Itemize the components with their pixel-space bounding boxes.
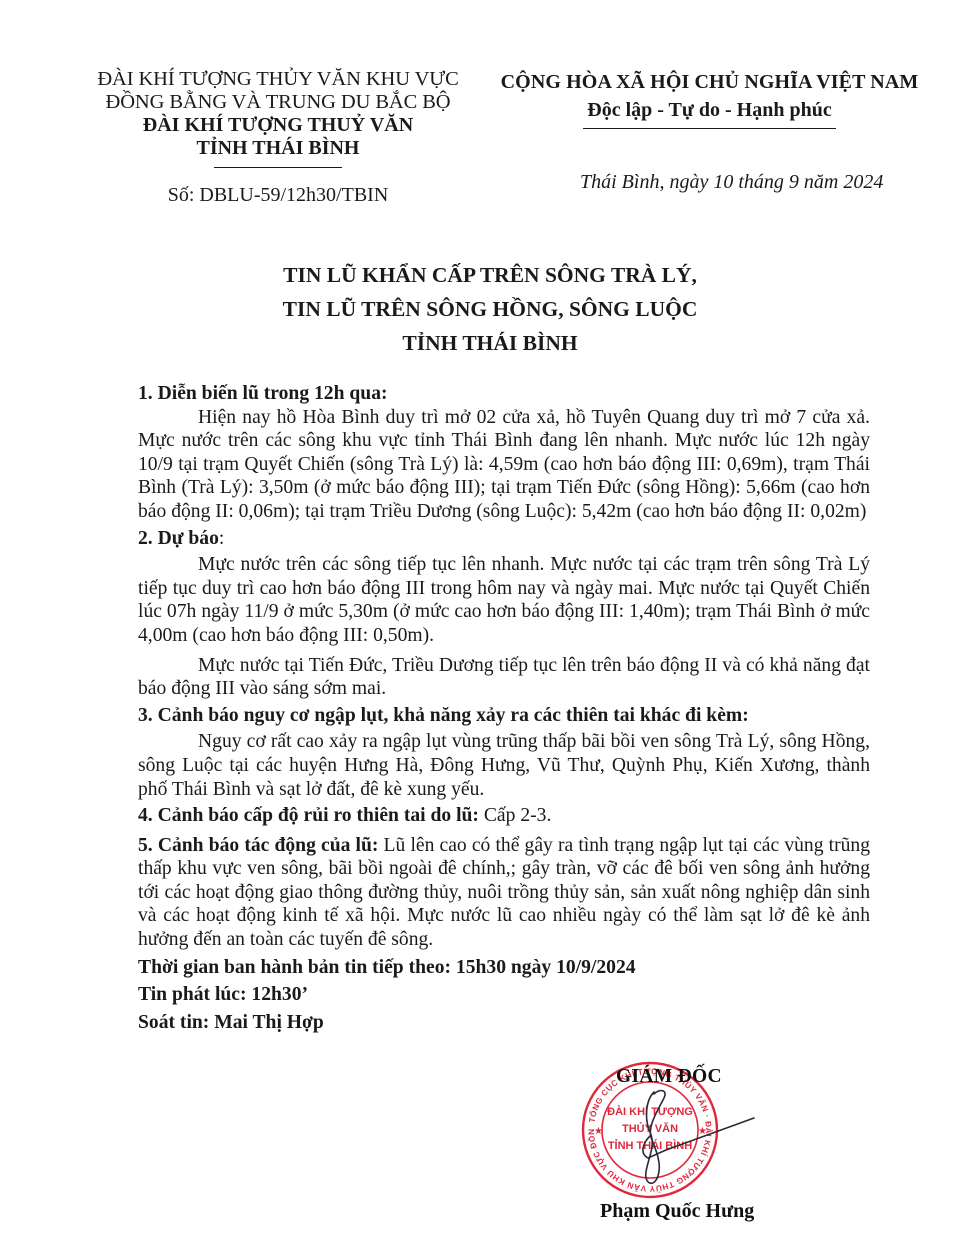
title-line3: TỈNH THÁI BÌNH (150, 326, 830, 360)
place-and-date: Thái Bình, ngày 10 tháng 9 năm 2024 (580, 171, 920, 194)
signer-title: GIÁM ĐỐC (616, 1066, 722, 1088)
section-paragraph: Hiện nay hồ Hòa Bình duy trì mở 02 cửa x… (138, 406, 870, 524)
document-number: Số: DBLU-59/12h30/TBIN (78, 184, 478, 207)
handwritten-signature-icon (606, 1080, 756, 1190)
motto-underline (583, 128, 836, 129)
bulletin-footer: Thời gian ban hành bản tin tiếp theo: 15… (138, 954, 870, 1037)
section-paragraph: Nguy cơ rất cao xảy ra ngập lụt vùng trũ… (138, 730, 870, 801)
section-heading: 3. Cảnh báo nguy cơ ngập lụt, khả năng x… (138, 704, 870, 728)
section-heading: 4. Cảnh báo cấp độ rủi ro thiên tai do l… (138, 805, 479, 826)
next-bulletin-time: Thời gian ban hành bản tin tiếp theo: 15… (138, 954, 870, 982)
agency-name-line1: ĐÀI KHÍ TƯỢNG THUỶ VĂN (78, 114, 478, 137)
section-inline: 5. Cảnh báo tác động của lũ: Lũ lên cao … (138, 834, 870, 952)
parent-agency-line1: ĐÀI KHÍ TƯỢNG THỦY VĂN KHU VỰC (78, 68, 478, 91)
section-heading: 1. Diễn biến lũ trong 12h qua: (138, 382, 870, 406)
reviewed-by: Soát tin: Mai Thị Hợp (138, 1009, 870, 1037)
section-heading-text: 2. Dự báo (138, 528, 219, 549)
document-body: 1. Diễn biến lũ trong 12h qua: Hiện nay … (138, 382, 870, 1036)
national-header-block: CỘNG HÒA XÃ HỘI CHỦ NGHĨA VIỆT NAM Độc l… (482, 68, 937, 129)
document-page: ĐÀI KHÍ TƯỢNG THỦY VĂN KHU VỰC ĐỒNG BẰNG… (0, 0, 954, 1253)
section-heading-suffix: : (219, 528, 224, 549)
section-forecast: 2. Dự báo: Mực nước trên các sông tiếp t… (138, 527, 870, 701)
section-flood-developments: 1. Diễn biến lũ trong 12h qua: Hiện nay … (138, 382, 870, 524)
section-paragraph: Mực nước trên các sông tiếp tục lên nhan… (138, 553, 870, 647)
title-line1: TIN LŨ KHẨN CẤP TRÊN SÔNG TRÀ LÝ, (150, 258, 830, 292)
section-risk-level: 4. Cảnh báo cấp độ rủi ro thiên tai do l… (138, 804, 870, 828)
section-heading: 2. Dự báo: (138, 527, 870, 551)
risk-level-value: Cấp 2-3. (479, 805, 551, 826)
signature-block: TỔNG CỤC KHÍ TƯỢNG THỦY VĂN · ĐÀI KHÍ TƯ… (566, 1060, 806, 1230)
parent-agency-line2: ĐỒNG BẰNG VÀ TRUNG DU BẮC BỘ (78, 91, 478, 114)
national-motto: Độc lập - Tự do - Hạnh phúc (482, 96, 937, 124)
national-title: CỘNG HÒA XÃ HỘI CHỦ NGHĨA VIỆT NAM (482, 68, 937, 96)
issued-time: Tin phát lúc: 12h30’ (138, 981, 870, 1009)
title-line2: TIN LŨ TRÊN SÔNG HỒNG, SÔNG LUỘC (150, 292, 830, 326)
signer-name: Phạm Quốc Hưng (600, 1200, 754, 1223)
document-title: TIN LŨ KHẨN CẤP TRÊN SÔNG TRÀ LÝ, TIN LŨ… (150, 258, 830, 360)
section-paragraph: Mực nước tại Tiến Đức, Triều Dương tiếp … (138, 654, 870, 701)
agency-name-line2: TỈNH THÁI BÌNH (78, 137, 478, 160)
section-inline: 4. Cảnh báo cấp độ rủi ro thiên tai do l… (138, 804, 870, 828)
section-flood-risk-warning: 3. Cảnh báo nguy cơ ngập lụt, khả năng x… (138, 704, 870, 801)
section-impact-warning: 5. Cảnh báo tác động của lũ: Lũ lên cao … (138, 834, 870, 952)
issuing-agency-block: ĐÀI KHÍ TƯỢNG THỦY VĂN KHU VỰC ĐỒNG BẰNG… (78, 68, 478, 207)
agency-underline (214, 167, 342, 168)
svg-text:★: ★ (594, 1126, 603, 1137)
section-heading: 5. Cảnh báo tác động của lũ: (138, 835, 378, 856)
